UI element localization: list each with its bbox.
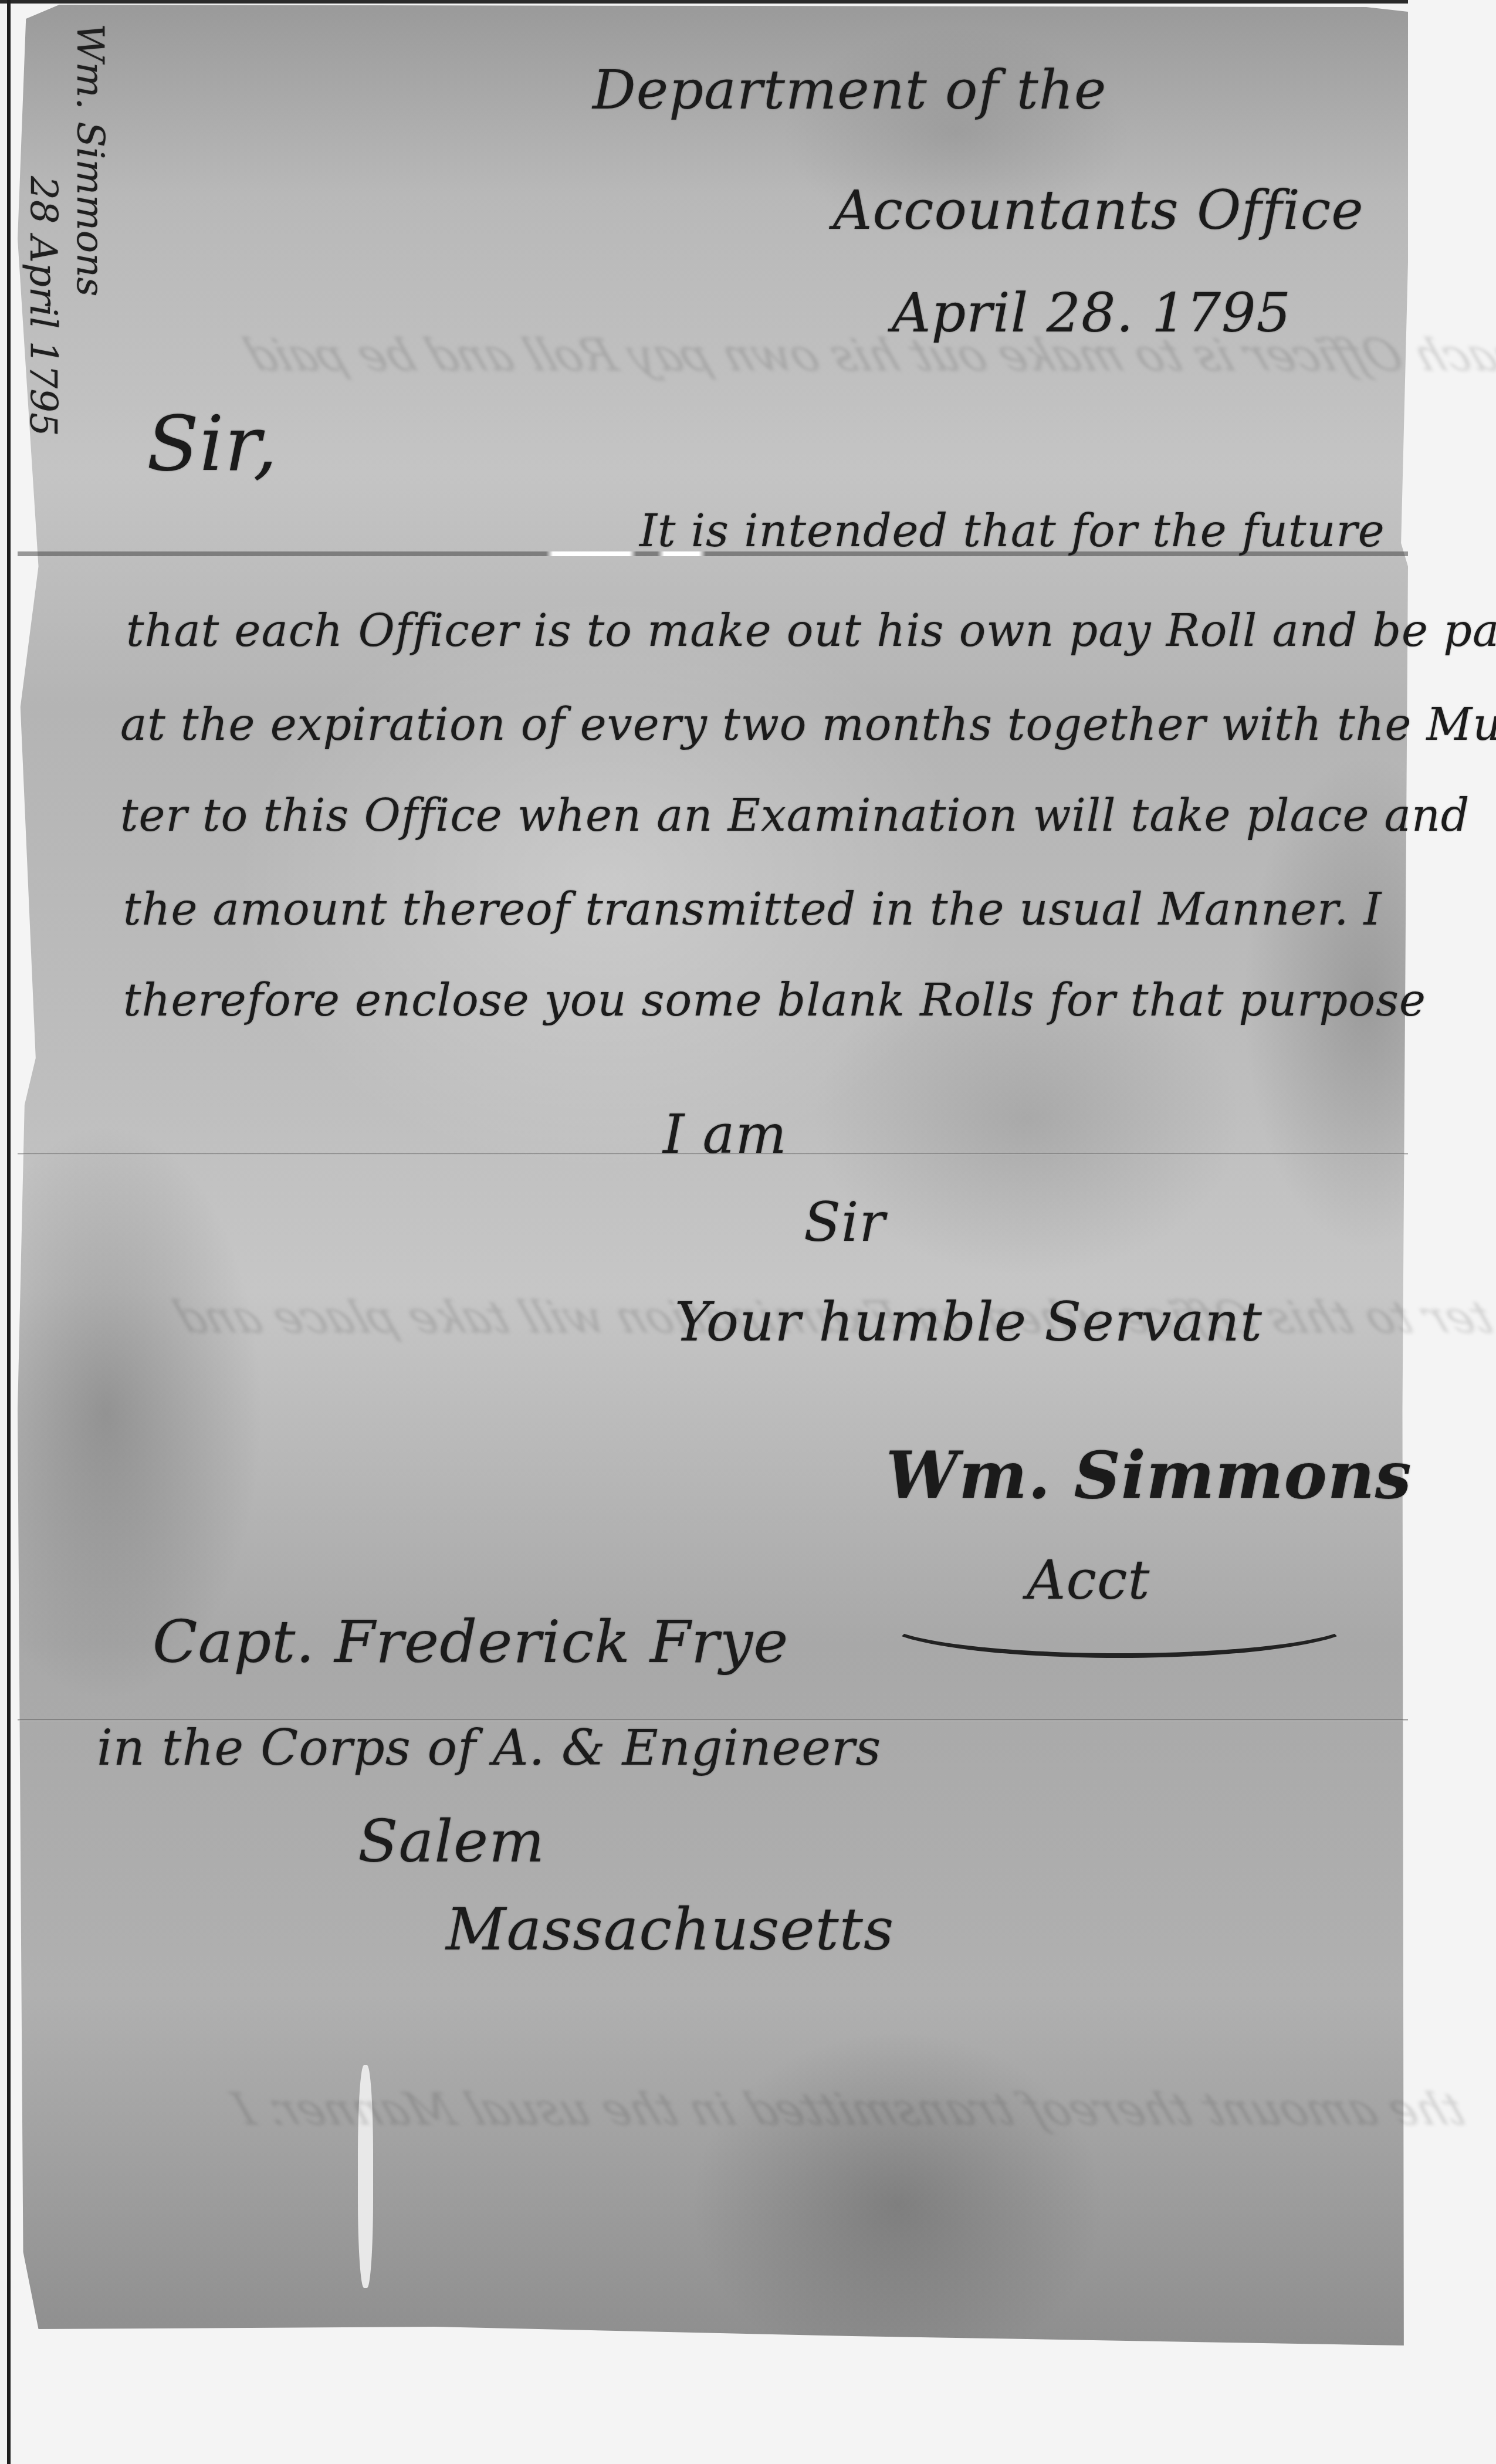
signature-flourish: [880, 1584, 1359, 1658]
body-line-4: ter to this Office when an Examination w…: [120, 789, 1470, 841]
address-recipient: Capt. Frederick Frye: [153, 1607, 789, 1676]
bleed-through-text: the amount thereof transmitted in the us…: [225, 2083, 1472, 2135]
address-corps: in the Corps of A. & Engineers: [97, 1719, 881, 1776]
closing-servant: Your humble Servant: [675, 1291, 1263, 1353]
margin-docket-line: 28 April 1795: [21, 176, 65, 436]
body-line-3: at the expiration of every two months to…: [120, 698, 1496, 750]
address-city: Salem: [358, 1807, 545, 1876]
heading-date: April 28. 1795: [892, 282, 1291, 344]
bleed-through-text: that each Officer is to make out his own…: [237, 329, 1496, 381]
body-line-1: It is intended that for the future: [639, 505, 1385, 557]
scan-top-border: [0, 0, 1408, 4]
closing-i-am: I am: [663, 1103, 787, 1166]
body-line-5: the amount thereof transmitted in the us…: [123, 883, 1382, 935]
closing-sir: Sir: [804, 1191, 885, 1254]
address-state: Massachusetts: [446, 1895, 894, 1964]
heading-office: Accountants Office: [833, 179, 1364, 242]
body-line-2: that each Officer is to make out his own…: [126, 604, 1496, 656]
body-line-6: therefore enclose you some blank Rolls f…: [123, 974, 1426, 1026]
scan-left-border: [7, 0, 11, 2464]
margin-docket-line: Wm. Simmons: [68, 23, 111, 296]
heading-department: Department of the: [593, 59, 1106, 121]
signature-name: Wm. Simmons: [886, 1437, 1412, 1513]
salutation: Sir,: [147, 399, 278, 488]
